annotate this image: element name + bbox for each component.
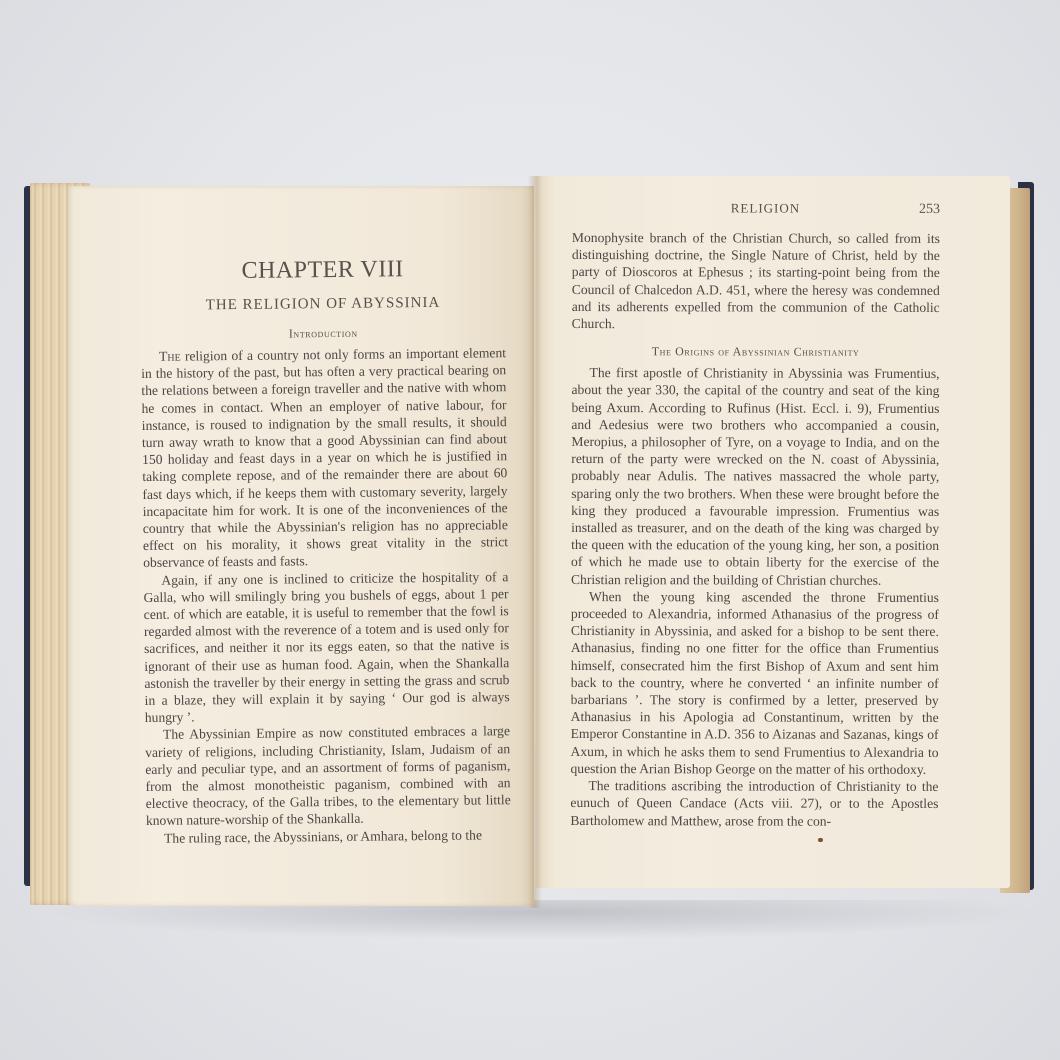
chapter-title: THE RELIGION OF ABYSSINIA (140, 292, 505, 316)
running-head: RELIGION 253 (572, 200, 940, 218)
paragraph: Again, if any one is inclined to critici… (143, 568, 510, 727)
paragraph: When the young king ascended the throne … (570, 588, 938, 778)
left-page-text: CHAPTER VIII THE RELIGION OF ABYSSINIA I… (140, 254, 511, 847)
paper-speck (818, 838, 823, 842)
section-heading-introduction: Introduction (141, 322, 506, 344)
paragraph-continuation: Monophysite branch of the Christian Chur… (572, 229, 940, 333)
page-number: 253 (919, 202, 940, 218)
paragraph: The religion of a country not only forms… (141, 344, 508, 571)
book-gutter (528, 176, 542, 908)
chapter-number: CHAPTER VIII (140, 254, 505, 286)
paragraph: The traditions ascribing the introductio… (570, 777, 938, 830)
section-heading-origins: The Origins of Abyssinian Christianity (572, 342, 940, 361)
paragraph: The first apostle of Christianity in Aby… (571, 364, 940, 589)
paragraph-lead: The (159, 349, 181, 364)
running-head-title: RELIGION (572, 200, 919, 217)
right-page-text: RELIGION 253 Monophysite branch of the C… (570, 200, 940, 830)
paragraph: The Abyssinian Empire as now constituted… (145, 723, 511, 830)
